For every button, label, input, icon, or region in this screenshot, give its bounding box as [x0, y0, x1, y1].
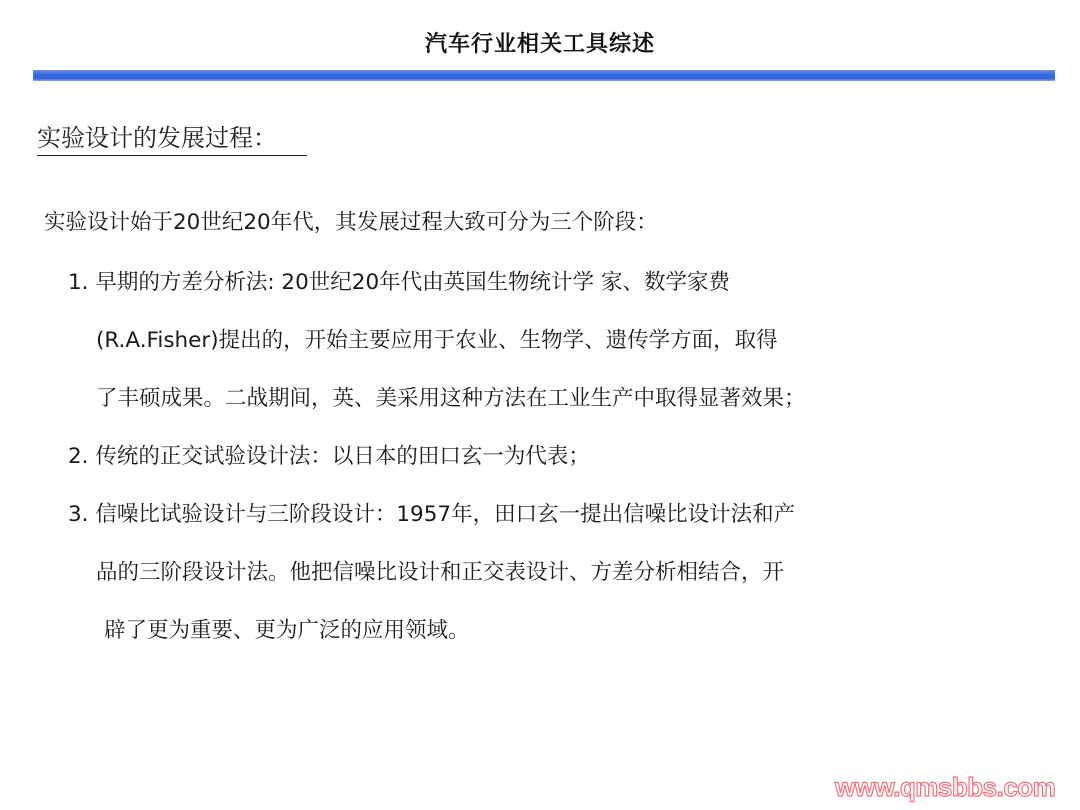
section-heading: 实验设计的发展过程： — [37, 118, 307, 156]
intro-text: 实验设计始于20世纪20年代，其发展过程大致可分为三个阶段： — [44, 205, 658, 236]
item-1-line-3: 了丰硕成果。二战期间，英、美采用这种方法在工业生产中取得显著效果； — [96, 381, 806, 412]
slide-title: 汽车行业相关工具综述 — [0, 27, 1080, 58]
header-accent-bar — [33, 70, 1055, 81]
item-2-line-1: 2. 传统的正交试验设计法：以日本的田口玄一为代表； — [68, 439, 590, 470]
item-1-line-1: 1. 早期的方差分析法: 20世纪20年代由英国生物统计学 家、数学家费 — [68, 265, 730, 296]
item-3-line-1: 3. 信噪比试验设计与三阶段设计：1957年，田口玄一提出信噪比设计法和产 — [68, 497, 795, 528]
item-1-line-2: (R.A.Fisher)提出的，开始主要应用于农业、生物学、遗传学方面，取得 — [96, 323, 778, 354]
item-3-line-3: 辟了更为重要、更为广泛的应用领域。 — [104, 613, 470, 644]
watermark: www.qmsbbs.com — [835, 772, 1055, 803]
item-3-line-2: 品的三阶段设计法。他把信噪比设计和正交表设计、方差分析相结合，开 — [96, 555, 784, 586]
